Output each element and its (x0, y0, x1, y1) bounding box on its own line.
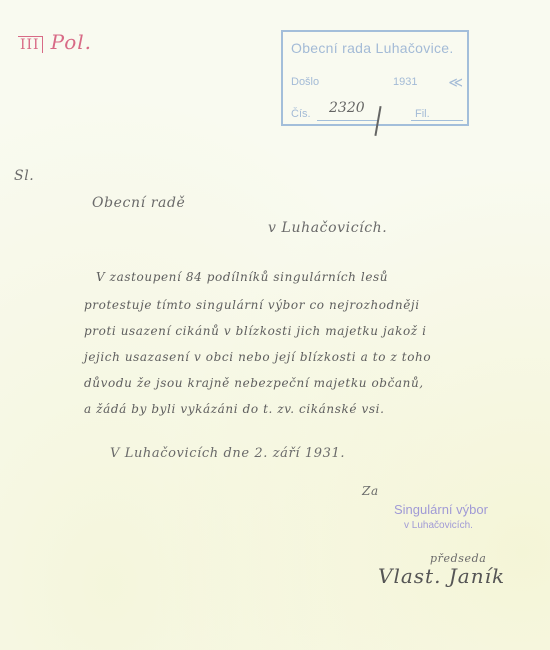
body-line-6: a žádá by byli vykázáni do t. zv. cikáns… (84, 402, 385, 416)
for-label: Za (362, 484, 379, 498)
signature: Vlast. Janík (378, 564, 505, 588)
body-line-1: V zastoupení 84 podílníků singulárních l… (96, 270, 388, 284)
stamp-mark-icon: ≪ (448, 74, 463, 91)
received-year: 1931 (393, 76, 417, 88)
received-row: Došlo 1931 ≪ (291, 76, 463, 88)
body-line-2: protestuje tímto singulární výbor co nej… (84, 298, 420, 312)
registry-number: 2320 (329, 100, 365, 116)
number-underline (317, 120, 379, 121)
red-annotation-text: Pol. (51, 30, 92, 54)
red-annotation: IIIPol. (18, 30, 92, 54)
date-line: V Luhačovicích dne 2. září 1931. (110, 446, 345, 461)
registry-stamp: Obecní rada Luhačovice. Došlo 1931 ≪ Čís… (281, 30, 469, 126)
body-line-5: důvodu že jsou krajně nebezpeční majetku… (84, 376, 424, 390)
file-label: Fil. (415, 108, 430, 120)
addressee-line-1: Obecní radě (92, 195, 185, 211)
organization-stamp-line-1: Singulární výbor (394, 502, 488, 517)
body-line-4: jejich usazasení v obci nebo její blízko… (84, 350, 431, 364)
roman-numeral: III (18, 36, 43, 53)
addressee-line-2: v Luhačovicích. (268, 220, 387, 236)
organization-stamp-line-2: v Luhačovicích. (404, 520, 473, 531)
document-page: IIIPol. Obecní rada Luhačovice. Došlo 19… (0, 0, 550, 650)
body-line-3: proti usazení cikánů v blízkosti jich ma… (84, 324, 427, 338)
salutation: Sl. (14, 168, 34, 184)
number-label: Čís. (291, 108, 311, 120)
file-underline (411, 120, 463, 121)
registry-stamp-title: Obecní rada Luhačovice. (291, 40, 454, 56)
received-label: Došlo (291, 76, 319, 88)
